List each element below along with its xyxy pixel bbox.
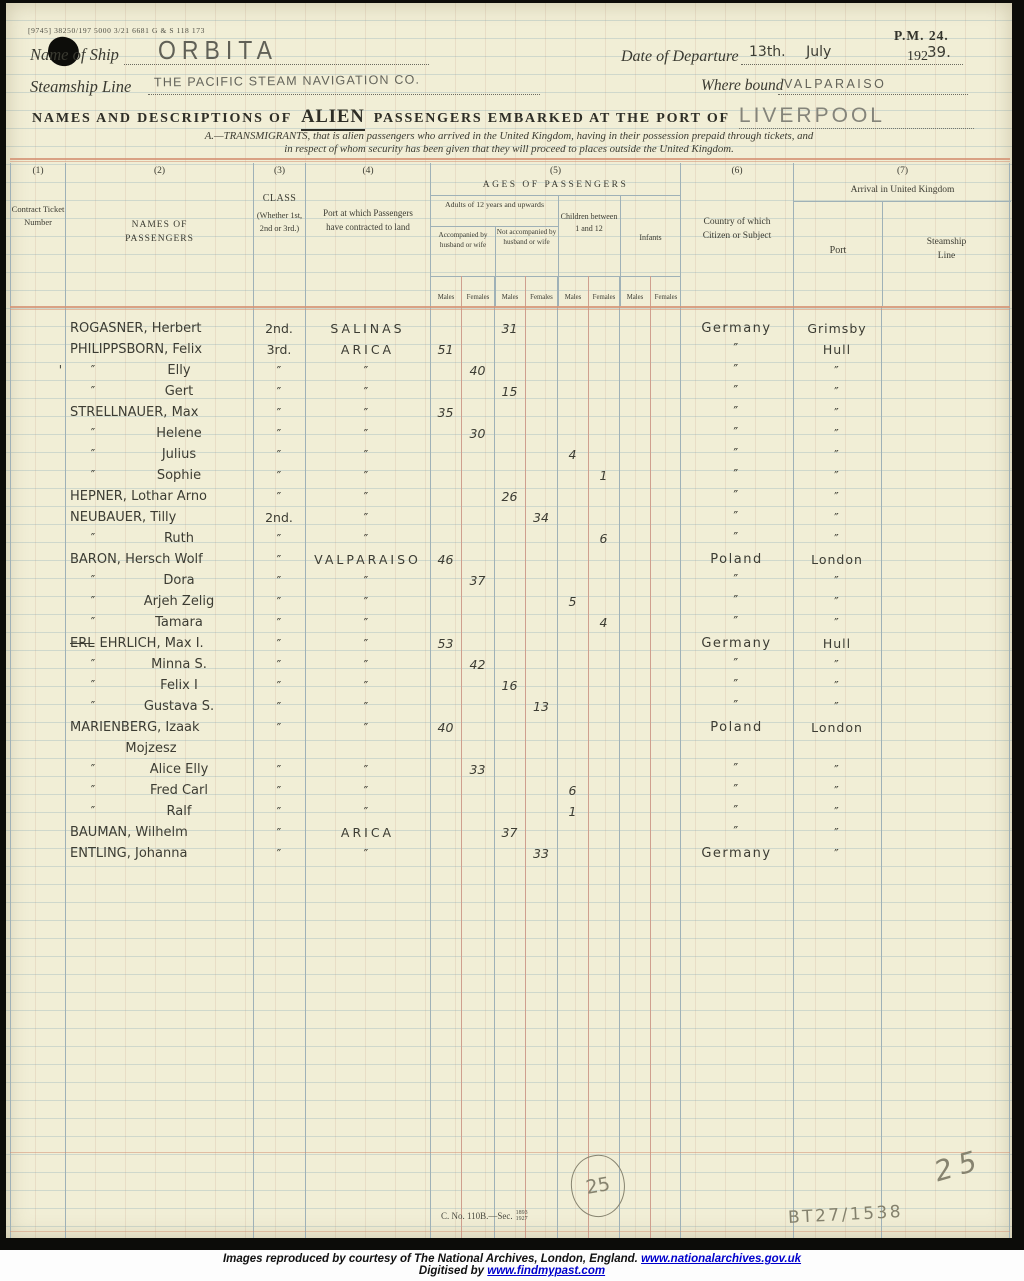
ditto-mark: ″ <box>65 696 121 717</box>
cell-age-child-male <box>557 318 588 339</box>
cell-age-accompanied-female <box>461 465 494 486</box>
cell-port-contracted: SALINAS <box>305 318 430 339</box>
cell-passenger-name: ″ Helene <box>65 423 253 444</box>
cell-contract-ticket <box>10 549 65 570</box>
cell-arrival-line <box>881 717 1010 738</box>
cell-country: Poland <box>680 717 793 738</box>
ditto-mark: ″ <box>65 759 121 780</box>
cell-passenger-name: ERL EHRLICH, Max I. <box>65 633 253 654</box>
cell-age-notaccompanied-male <box>494 570 525 591</box>
cell-class: ″ <box>253 780 305 801</box>
cell-passenger-name: ″ Sophie <box>65 465 253 486</box>
cell-contract-ticket: ' <box>10 360 65 381</box>
cell-age-accompanied-female <box>461 843 494 864</box>
col-number-1: (1) <box>11 166 65 176</box>
cell-age-accompanied-male <box>430 696 461 717</box>
cell-country: ″ <box>680 444 793 465</box>
cell-port-contracted: ″ <box>305 591 430 612</box>
cell-arrival-line <box>881 549 1010 570</box>
table-row: ″ Julius ″ ″ 4 ″ ″ <box>10 444 1010 465</box>
cell-age-notaccompanied-male: 26 <box>494 486 525 507</box>
cell-age-notaccompanied-female <box>525 318 557 339</box>
cell-age-infant-female <box>650 591 680 612</box>
table-row: ″ Felix I ″ ″ 16 ″ ″ <box>10 675 1010 696</box>
cell-age-infant-male <box>619 339 650 360</box>
cell-age-accompanied-male <box>430 465 461 486</box>
cell-country: ″ <box>680 696 793 717</box>
cell-country: ″ <box>680 675 793 696</box>
cell-age-child-male <box>557 528 588 549</box>
cell-age-child-female <box>588 717 619 738</box>
cell-arrival-port: Hull <box>793 339 881 360</box>
arrival-line-label-line2: Line <box>882 249 1011 263</box>
header-arrival: (7) Arrival in United Kingdom Port Steam… <box>794 163 1011 306</box>
cell-country: ″ <box>680 801 793 822</box>
cell-passenger-name: ″ Minna S. <box>65 654 253 675</box>
cell-age-infant-female <box>650 339 680 360</box>
cell-contract-ticket <box>10 570 65 591</box>
passenger-name: Arjeh Zelig <box>121 591 253 612</box>
passenger-name: BAUMAN, Wilhelm <box>65 822 188 843</box>
cell-age-infant-female <box>650 717 680 738</box>
cell-contract-ticket <box>10 507 65 528</box>
ditto-mark: ″ <box>65 528 121 549</box>
cell-age-accompanied-female <box>461 318 494 339</box>
cell-arrival-line <box>881 528 1010 549</box>
cell-age-notaccompanied-female <box>525 423 557 444</box>
cell-age-accompanied-male <box>430 780 461 801</box>
scanned-document: [9745] 38250/197 5000 3/21 6681 G & S 11… <box>0 0 1024 1250</box>
cell-age-infant-female <box>650 507 680 528</box>
col-number-5: (5) <box>431 166 680 176</box>
cell-passenger-name: ENTLING, Johanna <box>65 843 253 864</box>
cell-age-child-male: 4 <box>557 444 588 465</box>
cell-arrival-port: Hull <box>793 633 881 654</box>
cell-age-accompanied-male <box>430 654 461 675</box>
cell-class: 2nd. <box>253 507 305 528</box>
page-title: NAMES AND DESCRIPTIONS OF ALIEN PASSENGE… <box>6 104 1012 131</box>
cell-age-accompanied-male <box>430 528 461 549</box>
cell-contract-ticket <box>10 591 65 612</box>
cell-arrival-line <box>881 570 1010 591</box>
cell-arrival-port: ″ <box>793 465 881 486</box>
national-archives-link[interactable]: www.nationalarchives.gov.uk <box>641 1253 801 1265</box>
females-label: Females <box>526 276 558 306</box>
cell-country: ″ <box>680 381 793 402</box>
cell-age-accompanied-female: 30 <box>461 423 494 444</box>
cell-country: ″ <box>680 528 793 549</box>
cell-contract-ticket <box>10 696 65 717</box>
cell-age-accompanied-female <box>461 717 494 738</box>
cell-age-infant-female <box>650 402 680 423</box>
cell-age-notaccompanied-male <box>494 801 525 822</box>
red-line-lower <box>10 1152 1010 1153</box>
cell-class: ″ <box>253 570 305 591</box>
cell-passenger-name: NEUBAUER, Tilly <box>65 507 253 528</box>
arrival-line-label: Steamship Line <box>882 235 1011 264</box>
cell-age-notaccompanied-female: 33 <box>525 843 557 864</box>
cell-age-child-male <box>557 696 588 717</box>
cell-passenger-name: Mojzesz <box>65 738 253 759</box>
cell-age-accompanied-female <box>461 801 494 822</box>
males-label: Males <box>558 276 589 306</box>
passenger-name: STRELLNAUER, Max <box>65 402 198 423</box>
table-row: ″ Helene ″ ″ 30 ″ ″ <box>10 423 1010 444</box>
cell-age-notaccompanied-female <box>525 801 557 822</box>
ages-divider <box>431 195 680 196</box>
cell-arrival-line <box>881 360 1010 381</box>
cell-age-child-male <box>557 822 588 843</box>
ditto-mark: ″ <box>65 780 121 801</box>
form-number: P.M. 24. <box>894 28 949 44</box>
cell-age-accompanied-female <box>461 612 494 633</box>
cell-age-child-female: 4 <box>588 612 619 633</box>
cell-arrival-port: ″ <box>793 696 881 717</box>
cell-class: ″ <box>253 633 305 654</box>
cell-arrival-line <box>881 696 1010 717</box>
table-body: ROGASNER, Herbert 2nd. SALINAS 31 German… <box>10 318 1010 864</box>
cell-age-child-male: 5 <box>557 591 588 612</box>
cell-contract-ticket <box>10 423 65 444</box>
where-bound-label: Where bound <box>701 77 784 95</box>
cell-age-infant-male <box>619 549 650 570</box>
cell-age-infant-female <box>650 759 680 780</box>
date-handwritten-year: 39. <box>927 43 951 61</box>
table-row: BAUMAN, Wilhelm ″ ARICA 37 ″ ″ <box>10 822 1010 843</box>
cell-port-contracted: ″ <box>305 675 430 696</box>
cell-age-child-male <box>557 507 588 528</box>
cell-passenger-name: ″ Elly <box>65 360 253 381</box>
cell-age-infant-female <box>650 444 680 465</box>
credits-line1: Images reproduced by courtesy of The Nat… <box>0 1250 1024 1265</box>
cell-port-contracted: ″ <box>305 780 430 801</box>
cell-arrival-line <box>881 780 1010 801</box>
table-row: MARIENBERG, Izaak ″ ″ 40 Poland London <box>10 717 1010 738</box>
cell-class: ″ <box>253 591 305 612</box>
cell-age-accompanied-female <box>461 507 494 528</box>
cell-age-child-female <box>588 402 619 423</box>
cell-age-child-female <box>588 591 619 612</box>
cell-age-accompanied-male <box>430 423 461 444</box>
cell-age-infant-female <box>650 318 680 339</box>
males-females-row: Males Females Males Females Males Female… <box>431 276 681 306</box>
cell-age-notaccompanied-male <box>494 507 525 528</box>
cell-age-notaccompanied-female <box>525 528 557 549</box>
cell-class: ″ <box>253 675 305 696</box>
cell-age-infant-female <box>650 423 680 444</box>
date-of-departure-label: Date of Departure <box>621 48 739 66</box>
cell-contract-ticket <box>10 465 65 486</box>
arrival-port-label: Port <box>794 245 882 256</box>
passenger-name: ENTLING, Johanna <box>65 843 187 864</box>
cell-arrival-port: ″ <box>793 423 881 444</box>
cell-age-infant-female <box>650 654 680 675</box>
table-row: ″ Sophie ″ ″ 1 ″ ″ <box>10 465 1010 486</box>
cell-contract-ticket <box>10 675 65 696</box>
cell-age-notaccompanied-female <box>525 570 557 591</box>
passenger-name: Helene <box>121 423 253 444</box>
port-of-embarkation-stamp: LIVERPOOL <box>739 104 885 127</box>
cell-age-infant-female <box>650 696 680 717</box>
cell-port-contracted: ″ <box>305 633 430 654</box>
cell-age-notaccompanied-female <box>525 402 557 423</box>
table-row: ENTLING, Johanna ″ ″ 33 Germany ″ <box>10 843 1010 864</box>
col-number-7: (7) <box>794 166 1011 176</box>
cell-age-accompanied-female <box>461 402 494 423</box>
cell-age-infant-female <box>650 549 680 570</box>
cell-age-notaccompanied-male <box>494 549 525 570</box>
cell-age-child-female <box>588 549 619 570</box>
passenger-name: Gustava S. <box>121 696 253 717</box>
cell-age-accompanied-female: 40 <box>461 360 494 381</box>
cell-age-infant-male <box>619 654 650 675</box>
table-row: ″ Dora ″ ″ 37 ″ ″ <box>10 570 1010 591</box>
cell-arrival-port: ″ <box>793 822 881 843</box>
cell-age-infant-male <box>619 612 650 633</box>
cell-arrival-port: London <box>793 717 881 738</box>
cell-age-infant-female <box>650 675 680 696</box>
males-label: Males <box>431 276 462 306</box>
females-label: Females <box>589 276 620 306</box>
cell-contract-ticket <box>10 339 65 360</box>
cell-age-child-male <box>557 612 588 633</box>
date-printed-year-prefix: 192 <box>907 49 928 65</box>
cell-age-accompanied-female <box>461 738 494 759</box>
cell-port-contracted: ″ <box>305 612 430 633</box>
cell-age-accompanied-male <box>430 612 461 633</box>
cell-age-infant-male <box>619 318 650 339</box>
table-row: ″ Ruth ″ ″ 6 ″ ″ <box>10 528 1010 549</box>
cell-passenger-name: ROGASNER, Herbert <box>65 318 253 339</box>
cell-age-infant-female <box>650 780 680 801</box>
cell-age-accompanied-male <box>430 507 461 528</box>
table-row: Mojzesz <box>10 738 1010 759</box>
cell-contract-ticket <box>10 780 65 801</box>
cell-port-contracted: ″ <box>305 444 430 465</box>
cell-contract-ticket <box>10 717 65 738</box>
table-row: PHILIPPSBORN, Felix 3rd. ARICA 51 ″ Hull <box>10 339 1010 360</box>
cell-age-accompanied-male <box>430 360 461 381</box>
names-label-line1: NAMES OF <box>66 218 253 232</box>
cell-country: ″ <box>680 465 793 486</box>
cell-age-child-male <box>557 570 588 591</box>
contract-ticket-label: Contract Ticket Number <box>11 203 65 229</box>
cell-country: Germany <box>680 318 793 339</box>
cell-age-infant-male <box>619 507 650 528</box>
cell-age-notaccompanied-female <box>525 738 557 759</box>
col-number-6: (6) <box>681 166 793 176</box>
cell-age-notaccompanied-female <box>525 822 557 843</box>
cell-age-child-male: 6 <box>557 780 588 801</box>
passenger-name: NEUBAUER, Tilly <box>65 507 176 528</box>
cell-contract-ticket <box>10 738 65 759</box>
cell-passenger-name: ″ Julius <box>65 444 253 465</box>
digitised-by-text: Digitised by <box>419 1265 484 1277</box>
cell-arrival-line <box>881 465 1010 486</box>
cell-port-contracted: ″ <box>305 486 430 507</box>
cell-arrival-port: ″ <box>793 801 881 822</box>
passenger-name: Sophie <box>121 465 253 486</box>
findmypast-link[interactable]: www.findmypast.com <box>487 1265 605 1277</box>
cell-age-accompanied-male <box>430 759 461 780</box>
passenger-name: Ralf <box>121 801 253 822</box>
cell-age-notaccompanied-male <box>494 696 525 717</box>
passenger-table: (1) Contract Ticket Number (2) NAMES OF … <box>10 158 1010 1238</box>
printer-reference-text: C. No. 110B.—Sec. <box>441 1211 513 1221</box>
cell-class: ″ <box>253 360 305 381</box>
cell-age-infant-male <box>619 843 650 864</box>
cell-age-child-female <box>588 633 619 654</box>
transmigrants-note-line1: A.—TRANSMIGRANTS, that is alien passenge… <box>6 130 1012 143</box>
arrival-line-label-line1: Steamship <box>882 235 1011 249</box>
cell-class: ″ <box>253 717 305 738</box>
port-contracted-label: Port at which Passengers have contracted… <box>306 207 430 234</box>
cell-age-notaccompanied-female <box>525 381 557 402</box>
cell-arrival-line <box>881 822 1010 843</box>
date-underline <box>741 64 963 65</box>
cell-age-notaccompanied-male <box>494 339 525 360</box>
cell-contract-ticket <box>10 612 65 633</box>
cell-contract-ticket <box>10 654 65 675</box>
cell-age-infant-female <box>650 738 680 759</box>
credits-text: Images reproduced by courtesy of The Nat… <box>223 1253 638 1265</box>
cell-country: ″ <box>680 759 793 780</box>
fraction-bottom: 1927 <box>516 1216 528 1222</box>
cell-class: ″ <box>253 402 305 423</box>
infants-label: Infants <box>620 233 681 242</box>
cell-age-child-female <box>588 675 619 696</box>
cell-passenger-name: PHILIPPSBORN, Felix <box>65 339 253 360</box>
printer-reference-fraction: 1893 1927 <box>516 1210 528 1222</box>
cell-class: 3rd. <box>253 339 305 360</box>
cell-country: ″ <box>680 654 793 675</box>
names-label: NAMES OF PASSENGERS <box>66 218 253 247</box>
females-label: Females <box>651 276 681 306</box>
cell-age-infant-female <box>650 360 680 381</box>
cell-age-child-male <box>557 486 588 507</box>
passenger-name: ROGASNER, Herbert <box>65 318 202 339</box>
cell-age-child-male <box>557 633 588 654</box>
cell-age-infant-female <box>650 843 680 864</box>
header-port-contracted: (4) Port at which Passengers have contra… <box>306 163 431 306</box>
cell-age-infant-female <box>650 822 680 843</box>
cell-passenger-name: ″ Gustava S. <box>65 696 253 717</box>
cell-age-child-male <box>557 738 588 759</box>
cell-port-contracted: ″ <box>305 759 430 780</box>
cell-age-infant-female <box>650 528 680 549</box>
cell-age-notaccompanied-female <box>525 465 557 486</box>
cell-age-child-male <box>557 465 588 486</box>
table-row: BARON, Hersch Wolf ″ VALPARAISO 46 Polan… <box>10 549 1010 570</box>
cell-class: ″ <box>253 486 305 507</box>
table-header: (1) Contract Ticket Number (2) NAMES OF … <box>10 163 1010 306</box>
cell-class: ″ <box>253 549 305 570</box>
cell-country: ″ <box>680 402 793 423</box>
cell-arrival-line <box>881 444 1010 465</box>
cell-age-infant-male <box>619 402 650 423</box>
transmigrants-note-line2: in respect of whom security has been giv… <box>6 143 1012 156</box>
cell-port-contracted <box>305 738 430 759</box>
cell-age-accompanied-male: 51 <box>430 339 461 360</box>
cell-age-child-male <box>557 675 588 696</box>
ditto-mark: ″ <box>65 465 121 486</box>
cell-age-notaccompanied-female: 34 <box>525 507 557 528</box>
passenger-name: Ruth <box>121 528 253 549</box>
cell-age-child-female: 1 <box>588 465 619 486</box>
cell-port-contracted: ″ <box>305 801 430 822</box>
cell-passenger-name: BARON, Hersch Wolf <box>65 549 253 570</box>
cell-country: Germany <box>680 633 793 654</box>
cell-age-infant-male <box>619 444 650 465</box>
cell-contract-ticket <box>10 528 65 549</box>
cell-age-child-female <box>588 360 619 381</box>
cell-contract-ticket <box>10 801 65 822</box>
cell-age-child-female <box>588 507 619 528</box>
cell-age-notaccompanied-male <box>494 654 525 675</box>
header-class: (3) CLASS (Whether 1st, 2nd or 3rd.) <box>254 163 306 306</box>
cell-age-child-female <box>588 423 619 444</box>
cell-age-infant-male <box>619 381 650 402</box>
title-alien: ALIEN <box>301 107 365 131</box>
cell-port-contracted: ″ <box>305 528 430 549</box>
printer-reference: C. No. 110B.—Sec. 1893 1927 <box>441 1210 528 1222</box>
cell-class: ″ <box>253 423 305 444</box>
col-number-3: (3) <box>254 166 305 176</box>
cell-age-infant-male <box>619 822 650 843</box>
cell-age-accompanied-male <box>430 381 461 402</box>
cell-class: ″ <box>253 759 305 780</box>
cell-arrival-port: ″ <box>793 759 881 780</box>
cell-age-child-female <box>588 822 619 843</box>
table-row: NEUBAUER, Tilly 2nd. ″ 34 ″ ″ <box>10 507 1010 528</box>
cell-age-accompanied-female <box>461 381 494 402</box>
table-row: ″ Ralf ″ ″ 1 ″ ″ <box>10 801 1010 822</box>
cell-age-accompanied-female <box>461 486 494 507</box>
transmigrants-note: A.—TRANSMIGRANTS, that is alien passenge… <box>6 130 1012 156</box>
cell-country: ″ <box>680 570 793 591</box>
cell-arrival-line <box>881 675 1010 696</box>
passenger-name: MARIENBERG, Izaak <box>65 717 200 738</box>
cell-arrival-line <box>881 423 1010 444</box>
cell-arrival-port: ″ <box>793 612 881 633</box>
cell-class: ″ <box>253 381 305 402</box>
cell-age-notaccompanied-female <box>525 591 557 612</box>
cell-age-child-female <box>588 486 619 507</box>
cell-age-notaccompanied-female <box>525 612 557 633</box>
cell-arrival-port: ″ <box>793 381 881 402</box>
names-label-line2: PASSENGERS <box>66 232 253 246</box>
red-line-bottom <box>10 1231 1010 1232</box>
cell-age-infant-male <box>619 738 650 759</box>
steamship-line-stamp: THE PACIFIC STEAM NAVIGATION CO. <box>154 73 420 90</box>
cell-age-infant-male <box>619 570 650 591</box>
cell-age-notaccompanied-male <box>494 843 525 864</box>
passenger-name: Felix I <box>121 675 253 696</box>
cell-arrival-line <box>881 738 1010 759</box>
cell-class: ″ <box>253 843 305 864</box>
cell-age-child-female <box>588 339 619 360</box>
cell-age-notaccompanied-female <box>525 654 557 675</box>
col-number-2: (2) <box>66 166 253 176</box>
cell-age-child-male <box>557 402 588 423</box>
cell-age-notaccompanied-female <box>525 549 557 570</box>
cell-passenger-name: ″ Fred Carl <box>65 780 253 801</box>
ditto-mark: ″ <box>65 360 121 381</box>
cell-age-accompanied-female <box>461 339 494 360</box>
cell-age-accompanied-male <box>430 822 461 843</box>
passenger-name: BARON, Hersch Wolf <box>65 549 203 570</box>
cell-passenger-name: ″ Ruth <box>65 528 253 549</box>
